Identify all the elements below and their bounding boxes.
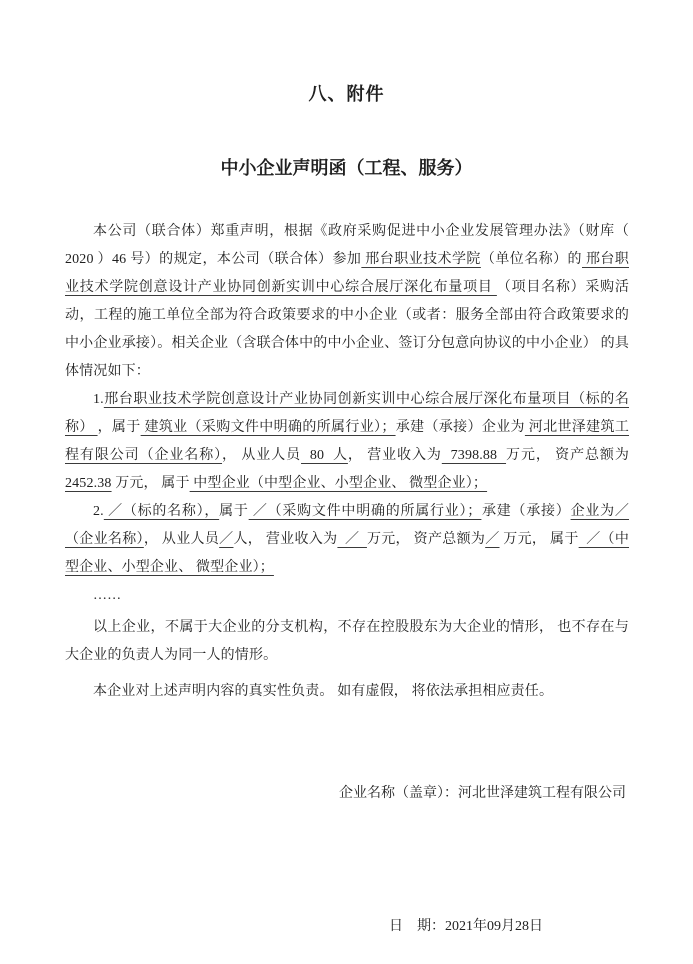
- company-signature-line: 企业名称（盖章）：河北世泽建筑工程有限公司: [339, 780, 626, 808]
- filled-blank: 邢台职业技术学院: [361, 252, 481, 267]
- paragraph-no-large-enterprise: 以上企业，不属于大企业的分支机构，不存在控股股东为大企业的情形， 也不存在与大企…: [65, 614, 629, 670]
- filled-blank: ／（采购文件中明确的所属行业）；: [249, 504, 482, 519]
- text-segment: （单位名称）的: [481, 252, 582, 267]
- text-segment: 万元， 属于: [112, 476, 190, 491]
- filled-blank: ／: [485, 532, 499, 547]
- text-segment: 万元， 资产总额为: [367, 532, 485, 547]
- text-segment: 万元， 资产总额为: [506, 448, 629, 463]
- text-segment: ， 营业收入为: [348, 448, 442, 463]
- company-signature-row: 企业名称（盖章）：河北世泽建筑工程有限公司: [65, 752, 629, 836]
- paragraph-intro: 本公司（联合体）郑重声明，根据《政府采购促进中小企业发展管理办法》（财库（ 20…: [65, 218, 629, 386]
- attachment-heading: 八、附件: [0, 82, 693, 106]
- paragraph-responsibility: 本企业对上述声明内容的真实性负责。 如有虚假， 将依法承担相应责任。: [65, 678, 629, 706]
- text-segment: 承建（承接）企业为: [396, 420, 525, 435]
- text-segment: 2.: [93, 504, 104, 519]
- filled-blank: 2452.38: [65, 476, 112, 491]
- filled-blank: 中型企业（中型企业、小型企业、 微型企业）；: [190, 476, 487, 491]
- text-segment: 人， 营业收入为: [233, 532, 337, 547]
- document-body: 本公司（联合体）郑重声明，根据《政府采购促进中小企业发展管理办法》（财库（ 20…: [65, 218, 629, 706]
- text-segment: ，属于: [98, 420, 141, 435]
- filled-blank: 建筑业（采购文件中明确的所属行业）；: [141, 420, 396, 435]
- filled-blank: ／（标的名称），: [104, 504, 219, 519]
- filled-blank: ／: [337, 532, 367, 547]
- paragraph-ellipsis: ……: [65, 582, 629, 610]
- text-segment: 万元， 属于: [500, 532, 579, 547]
- paragraph-item-1: 1.邢台职业技术学院创意设计产业协同创新实训中心综合展厅深化布量项目（标的名称）…: [65, 386, 629, 498]
- declaration-title: 中小企业声明函（工程、服务）: [0, 156, 693, 180]
- text-segment: 承建（承接）: [481, 504, 570, 519]
- filled-blank: 7398.88: [442, 448, 506, 463]
- text-segment: ， 从业人员: [222, 448, 301, 463]
- date-row: 日 期：2021年09月28日: [65, 885, 629, 964]
- filled-blank: 80 人: [301, 448, 348, 463]
- text-segment: ， 从业人员: [144, 532, 219, 547]
- filled-blank: ／: [219, 532, 233, 547]
- text-segment: 1.: [93, 392, 104, 407]
- date-line: 日 期：2021年09月28日: [389, 913, 543, 941]
- document-page: 八、附件 中小企业声明函（工程、服务） 本公司（联合体）郑重声明，根据《政府采购…: [0, 0, 693, 964]
- paragraph-item-2: 2. ／（标的名称），属于 ／（采购文件中明确的所属行业）；承建（承接）企业为／…: [65, 498, 629, 582]
- text-segment: 属于: [219, 504, 249, 519]
